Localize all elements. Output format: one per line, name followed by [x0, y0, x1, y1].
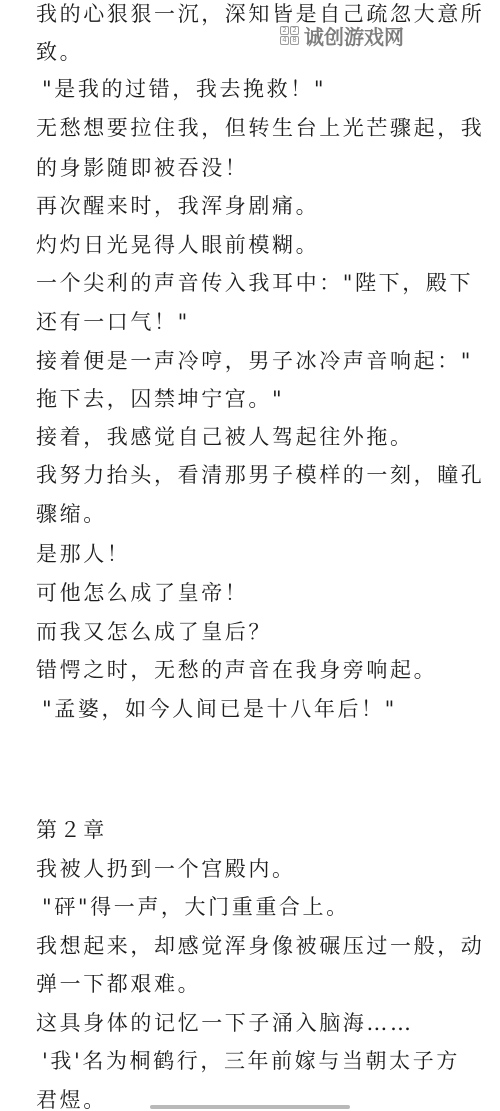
text-line: 弹一下都艰难。 — [36, 970, 476, 998]
text-line: '我'名为桐鹤行，三年前嫁与当朝太子方 — [42, 1047, 482, 1075]
text-line: 我被人扔到一个宫殿内。 — [36, 855, 476, 883]
text-line: 致。 — [36, 38, 476, 66]
text-line: "孟婆，如今人间已是十八年后！" — [42, 695, 482, 723]
text-line: "砰"得一声，大门重重合上。 — [42, 893, 482, 921]
text-line: 这具身体的记忆一下子涌入脑海…… — [36, 1009, 476, 1037]
text-line: 可他怎么成了皇帝！ — [36, 579, 476, 607]
text-line: 还有一口气！" — [36, 308, 476, 336]
text-line: 我努力抬头，看清那男子模样的一刻，瞳孔 — [36, 461, 476, 489]
text-line: 拖下去，囚禁坤宁宫。" — [36, 385, 476, 413]
text-line: 错愕之时，无愁的声音在我身旁响起。 — [36, 656, 476, 684]
text-line: 灼灼日光晃得人眼前模糊。 — [36, 231, 476, 259]
watermark: 2 2 4 8 诚创游戏网 — [280, 22, 404, 48]
watermark-digit: 2 — [290, 26, 299, 35]
text-line: 再次醒来时，我浑身剧痛。 — [36, 192, 476, 220]
text-line: 我想起来，却感觉浑身像被碾压过一般，动 — [36, 932, 476, 960]
text-line: 接着便是一声冷哼，男子冰冷声音响起：" — [36, 347, 476, 375]
text-line: 我的心狠狠一沉，深知皆是自己疏忽大意所 — [36, 0, 476, 28]
home-indicator[interactable] — [150, 1105, 350, 1109]
text-line: 是那人！ — [36, 540, 476, 568]
watermark-digit: 2 — [280, 26, 289, 35]
text-line: 无愁想要拉住我，但转生台上光芒骤起，我 — [36, 114, 476, 142]
text-line: 的身影随即被吞没！ — [36, 154, 476, 182]
text-line: 骤缩。 — [36, 500, 476, 528]
watermark-logo-icon: 2 2 4 8 — [280, 26, 299, 45]
watermark-text: 诚创游戏网 — [304, 21, 404, 50]
watermark-digit: 8 — [290, 36, 299, 45]
text-line: 而我又怎么成了皇后？ — [36, 618, 476, 646]
text-line: 一个尖利的声音传入我耳中："陛下，殿下 — [36, 269, 476, 297]
text-line: 接着，我感觉自己被人驾起往外拖。 — [36, 423, 476, 451]
chapter-heading: 第２章 — [36, 816, 476, 844]
watermark-digit: 4 — [280, 36, 289, 45]
text-line: "是我的过错，我去挽救！" — [42, 75, 482, 103]
document-page: 我的心狠狠一沉，深知皆是自己疏忽大意所 致。 "是我的过错，我去挽救！" 无愁想… — [0, 0, 500, 1111]
